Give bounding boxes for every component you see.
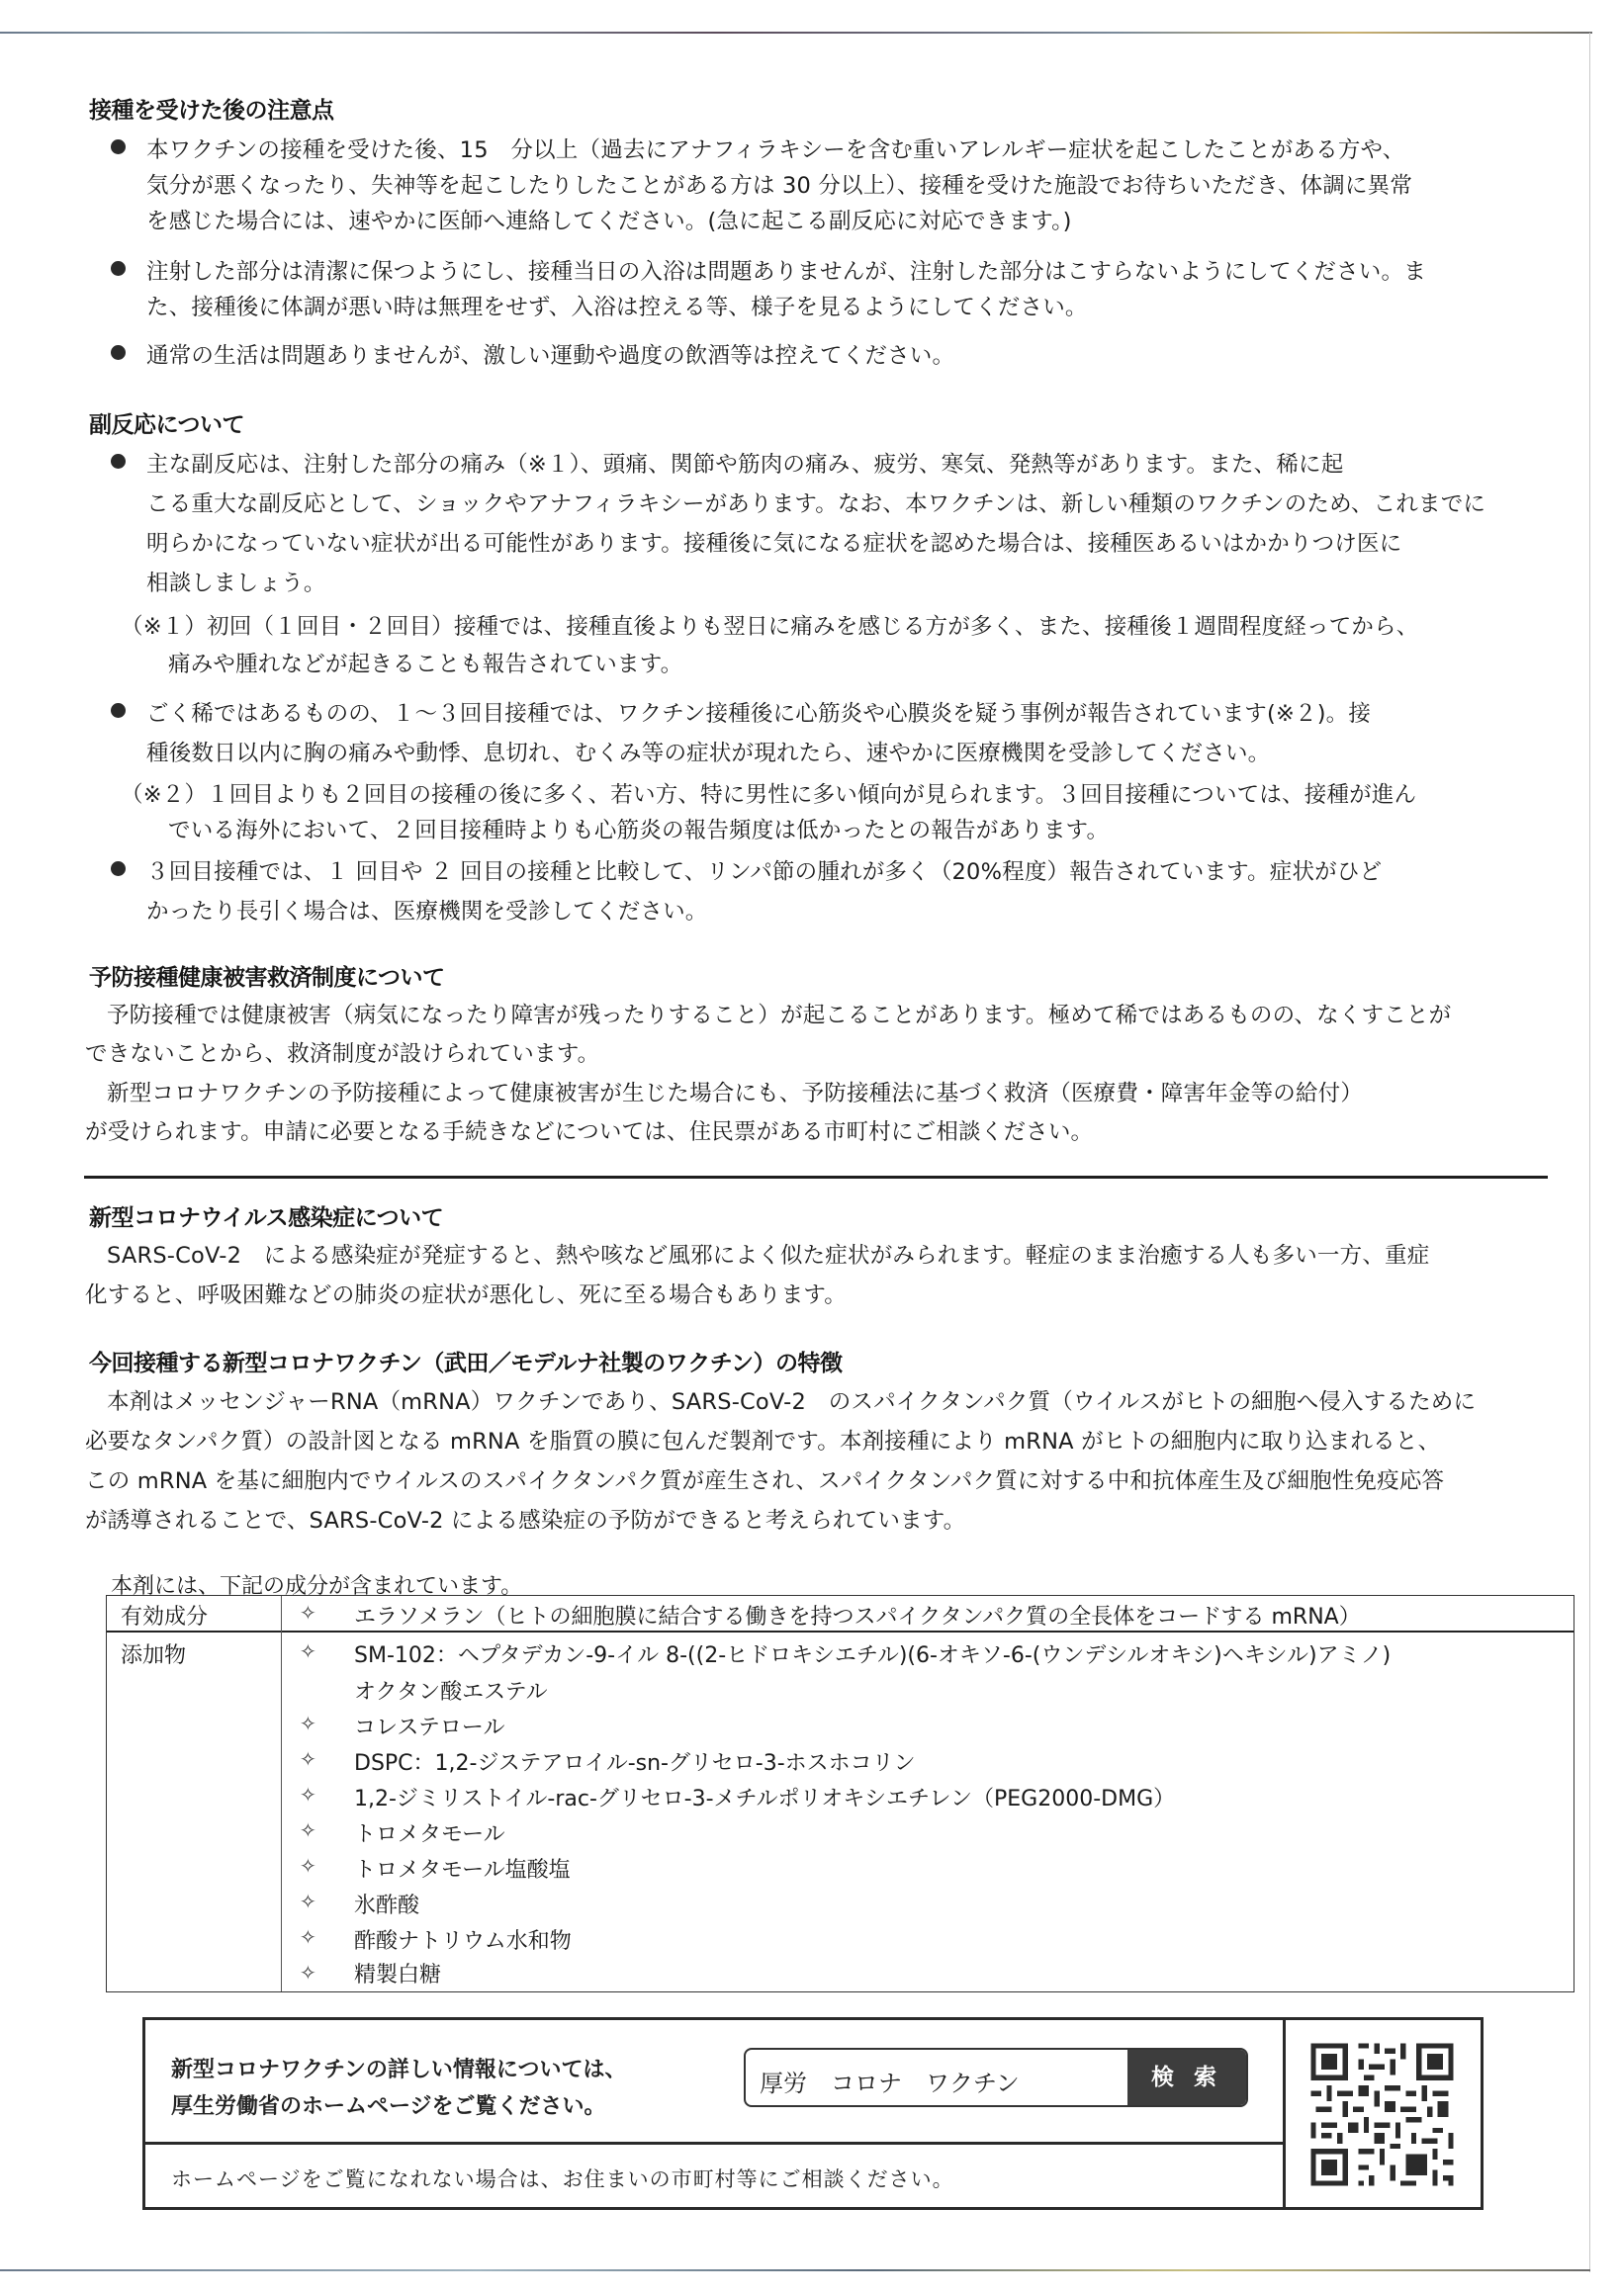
text-line: できないことから、救済制度が設けられています。 (85, 1036, 599, 1068)
additive-item-continued: オクタン酸エステル (354, 1675, 548, 1706)
text-line: た、接種後に体調が悪い時は無理をせず、入浴は控える等、様子を見るようにしてくださ… (146, 290, 1088, 321)
heading-after-vaccination: 接種を受けた後の注意点 (89, 92, 334, 125)
ingredients-table: 有効成分 ✧ エラソメラン（ヒトの細胞膜に結合する働きを持つスパイクタンパク質の… (106, 1595, 1574, 1992)
text-line: 通常の生活は問題ありませんが、激しい運動や過度の飲酒等は控えてください。 (146, 338, 954, 370)
section-divider (84, 1176, 1548, 1179)
text-line: 本剤はメッセンジャーRNA（mRNA）ワクチンであり、SARS-CoV-2 のス… (107, 1384, 1476, 1416)
additive-item: 1,2-ジミリストイル-rac-グリセロ-3-メチルポリオキシエチレン（PEG2… (354, 1782, 1175, 1812)
additive-item: トロメタモール (354, 1817, 505, 1848)
page-edge-top (0, 32, 1592, 34)
text-line: 注射した部分は清潔に保つようにし、接種当日の入浴は問題ありませんが、注射した部分… (146, 254, 1426, 286)
search-box-graphic: 厚労 コロナ ワクチン 検 索 (744, 2048, 1248, 2107)
text-line: ごく稀ではあるものの、１～３回目接種では、ワクチン接種後に心筋炎や心膜炎を疑う事… (146, 696, 1371, 728)
info-text: 新型コロナワクチンの詳しい情報については、 (171, 2053, 626, 2083)
bullet-icon (111, 861, 126, 876)
additive-item: トロメタモール塩酸塩 (354, 1853, 571, 1884)
heading-relief-system: 予防接種健康被害救済制度について (89, 959, 445, 992)
text-line: かったり長引く場合は、医療機関を受診してください。 (146, 894, 708, 926)
bullet-icon (111, 454, 126, 469)
text-line: 主な副反応は、注射した部分の痛み（※１）、頭痛、関節や筋肉の痛み、疲労、寒気、発… (146, 447, 1343, 479)
active-ingredient-label: 有効成分 (121, 1600, 208, 1631)
qr-code-icon[interactable] (1305, 2038, 1459, 2191)
additive-item: SM-102：ヘプタデカン-9-イル 8-((2-ヒドロキシエチル)(6-オキソ… (354, 1638, 1391, 1669)
sparkle-bullet-icon: ✧ (300, 1601, 316, 1625)
info-note: ホームページをご覧になれない場合は、お住まいの市町村等にご相談ください。 (171, 2164, 954, 2193)
sparkle-bullet-icon: ✧ (300, 1890, 316, 1913)
sparkle-bullet-icon: ✧ (300, 1747, 316, 1771)
info-text: 厚生労働省のホームページをご覧ください。 (171, 2089, 606, 2120)
additive-item: 精製白糖 (354, 1958, 441, 1988)
footnote-line: （※２）１回目よりも２回目の接種の後に多く、若い方、特に男性に多い傾向が見られま… (121, 777, 1416, 809)
bullet-icon (111, 345, 126, 360)
text-line: 新型コロナワクチンの予防接種によって健康被害が生じた場合にも、予防接種法に基づく… (107, 1076, 1363, 1107)
footnote-line: 痛みや腫れなどが起きることも報告されています。 (168, 647, 682, 678)
search-button: 検 索 (1127, 2050, 1246, 2105)
sparkle-bullet-icon: ✧ (300, 1854, 316, 1878)
active-ingredient: エラソメラン（ヒトの細胞膜に結合する働きを持つスパイクタンパク質の全長体をコード… (354, 1600, 1361, 1631)
info-box-divider (145, 2142, 1283, 2145)
text-line: 気分が悪くなったり、失神等を起こしたりしたことがある方は 30 分以上）、接種を… (146, 168, 1412, 200)
page-edge-right (1589, 33, 1590, 2272)
text-line: 明らかになっていない症状が出る可能性があります。接種後に気になる症状を認めた場合… (146, 526, 1401, 558)
info-box-divider (1283, 2020, 1286, 2207)
additive-item: コレステロール (354, 1711, 504, 1741)
text-line: を感じた場合には、速やかに医師へ連絡してください。(急に起こる副反応に対応できま… (146, 204, 1072, 235)
text-line: 予防接種では健康被害（病気になったり障害が残ったりすること）が起こることがありま… (107, 998, 1451, 1029)
footnote-line: （※１）初回（１回目・２回目）接種では、接種直後よりも翌日に痛みを感じる方が多く… (121, 609, 1419, 641)
sparkle-bullet-icon: ✧ (300, 1712, 316, 1735)
text-line: こる重大な副反応として、ショックやアナフィラキシーがあります。なお、本ワクチンは… (146, 486, 1485, 518)
table-row-divider (107, 1631, 1574, 1633)
bullet-icon (111, 261, 126, 276)
footnote-line: でいる海外において、２回目接種時よりも心筋炎の報告頻度は低かったとの報告がありま… (168, 813, 1109, 844)
text-line: 種後数日以内に胸の痛みや動悸、息切れ、むくみ等の症状が現れたら、速やかに医療機関… (146, 736, 1270, 767)
table-column-divider (281, 1596, 282, 1991)
additive-label: 添加物 (121, 1638, 186, 1669)
page-edge-bottom (0, 2269, 1590, 2271)
text-line: 相談しましょう。 (146, 566, 326, 597)
sparkle-bullet-icon: ✧ (300, 1961, 316, 1985)
sparkle-bullet-icon: ✧ (300, 1783, 316, 1807)
heading-covid-disease: 新型コロナウイルス感染症について (89, 1199, 443, 1232)
text-line: 化すると、呼吸困難などの肺炎の症状が悪化し、死に至る場合もあります。 (85, 1278, 847, 1309)
additive-item: 氷酢酸 (354, 1889, 419, 1919)
heading-side-effects: 副反応について (89, 406, 244, 439)
text-line: 本ワクチンの接種を受けた後、15 分以上（過去にアナフィラキシーを含む重いアレル… (146, 132, 1404, 164)
bullet-icon (111, 139, 126, 154)
text-line: が受けられます。申請に必要となる手続きなどについては、住民票がある市町村にご相談… (85, 1114, 1093, 1146)
sparkle-bullet-icon: ✧ (300, 1818, 316, 1842)
text-line: ３回目接種では、１ 回目や ２ 回目の接種と比較して、リンパ節の腫れが多く（20… (146, 854, 1382, 886)
text-line: が誘導されることで、SARS-CoV-2 による感染症の予防ができると考えられて… (85, 1503, 965, 1535)
text-line: この mRNA を基に細胞内でウイルスのスパイクタンパク質が産生され、スパイクタ… (85, 1463, 1444, 1495)
sparkle-bullet-icon: ✧ (300, 1925, 316, 1949)
sparkle-bullet-icon: ✧ (300, 1639, 316, 1663)
text-line: 必要なタンパク質）の設計図となる mRNA を脂質の膜に包んだ製剤です。本剤接種… (85, 1424, 1440, 1456)
heading-vaccine-features: 今回接種する新型コロナワクチン（武田／モデルナ社製のワクチン）の特徴 (89, 1345, 843, 1377)
info-box: 新型コロナワクチンの詳しい情報については、 厚生労働省のホームページをご覧くださ… (142, 2017, 1484, 2210)
search-query: 厚労 コロナ ワクチン (760, 2064, 1020, 2098)
text-line: SARS-CoV-2 による感染症が発症すると、熱や咳など風邪によく似た症状がみ… (107, 1238, 1429, 1270)
additive-item: 酢酸ナトリウム水和物 (354, 1924, 572, 1955)
additive-item: DSPC：1,2-ジステアロイル-sn-グリセロ-3-ホスホコリン (354, 1746, 916, 1777)
bullet-icon (111, 703, 126, 718)
